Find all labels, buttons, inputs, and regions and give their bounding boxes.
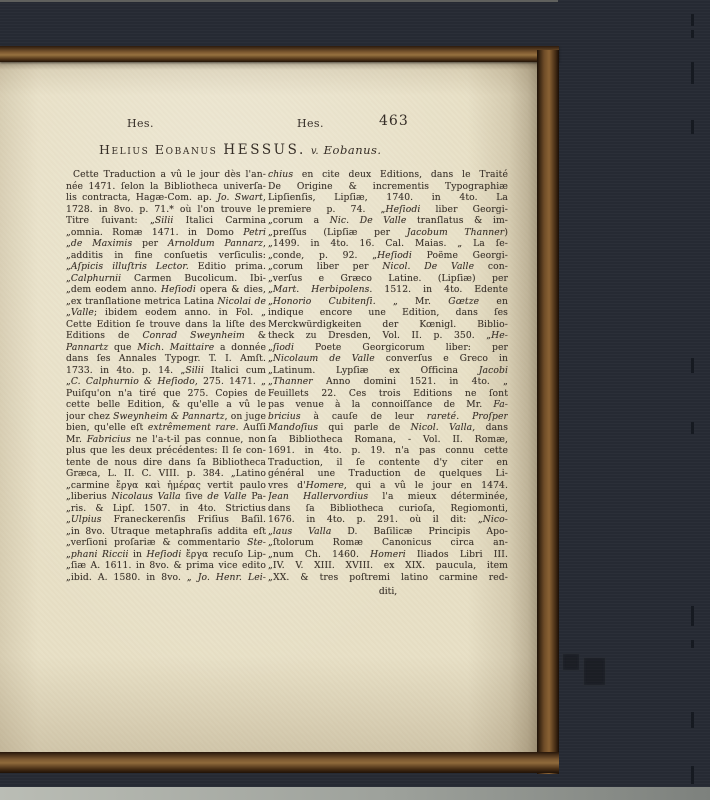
text-line: „preſſus (Lipſiæ per Jacobum Thanner) bbox=[268, 227, 508, 239]
text-line: Pannartz que Mich. Maittaire a donnée bbox=[66, 342, 266, 354]
right-text-column: chius en cite deux Editions, dans le Tra… bbox=[268, 169, 508, 598]
text-line: „corum liber per Nicol. De Valle con- bbox=[268, 261, 508, 273]
text-line: theck zu Dresden, Vol. II. p. 350. „He- bbox=[268, 330, 508, 342]
film-edge-mark bbox=[691, 14, 694, 26]
text-line: „conde, p. 92. „Heſiodi Poëme Georgi- bbox=[268, 250, 508, 262]
title-name-caps: HESSUS. bbox=[223, 142, 306, 158]
text-line: „1499. in 4to. 16. Cal. Maias. „ La ſe- bbox=[268, 238, 508, 250]
text-line: premiere p. 74. „Heſiodi liber Georgi- bbox=[268, 204, 508, 216]
text-line: dans ſa Bibliotheca curioſa, Regiomonti, bbox=[268, 503, 508, 515]
text-line: cette belle Edition, & qu'elle a vû le bbox=[66, 399, 266, 411]
leather-binding-bottom-edge bbox=[0, 752, 559, 773]
text-line: „de Maximis per Arnoldum Pannarz, bbox=[66, 238, 266, 250]
text-line: Feuillets 22. Ces trois Editions ne ſont bbox=[268, 388, 508, 400]
text-line: „dem eodem anno. Heſiodi opera & dies, bbox=[66, 284, 266, 296]
film-edge-mark bbox=[691, 712, 694, 728]
text-line: „corum a Nic. De Valle tranſlatus & im- bbox=[268, 215, 508, 227]
text-line: 1676. in 4to. p. 291. où il dit: „Nico- bbox=[268, 514, 508, 526]
text-line: „ſiæ A. 1611. in 8vo. & prima vice edito bbox=[66, 560, 266, 572]
text-line: „verſus e Græco Latine. (Lipſiæ) per bbox=[268, 273, 508, 285]
text-line: indique encore une Edition, dans ſes bbox=[268, 307, 508, 319]
text-line: bricius à cauſe de leur rareté. Proſper bbox=[268, 411, 508, 423]
title-name-smallcaps: Helius Eobanus bbox=[99, 142, 217, 157]
text-line: „ſiodi Poete Georgicorum liber: per bbox=[268, 342, 508, 354]
text-line: Editions de Conrad Sweynheim & d'Arnold bbox=[66, 330, 266, 342]
text-line: „IV. V. XIII. XVIII. ex XIX. paucula, it… bbox=[268, 560, 508, 572]
text-line: „XX. & tres poſtremi latino carmine red- bbox=[268, 572, 508, 584]
text-line: „in 8vo. Utraque metaphraſis addita eſt bbox=[66, 526, 266, 538]
catchword: diti, bbox=[268, 586, 508, 598]
text-line: jour chez Sweynheim & Pannartz, on juge bbox=[66, 411, 266, 423]
film-edge-mark bbox=[691, 30, 694, 38]
book-page: Hes. Hes. 463 Helius EobanusHESSUS.v. Eo… bbox=[0, 61, 543, 753]
text-line: Titre ſuivant: „Silii Italici Carmina bbox=[66, 215, 266, 227]
text-line: „verſioni proſariæ & commentario Ste- bbox=[66, 537, 266, 549]
film-edge-mark bbox=[691, 358, 694, 373]
text-line: „Nicolaum de Valle converſus e Greco in bbox=[268, 353, 508, 365]
text-line: Cette Traduction a vû le jour dès l'an- bbox=[66, 169, 266, 181]
text-line: Jean Hallervordius l'a mieux déterminée, bbox=[268, 491, 508, 503]
text-line: „carmine ἔργα καὶ ἡμέρας vertit paulo bbox=[66, 480, 266, 492]
text-line: chius en cite deux Editions, dans le Tra… bbox=[268, 169, 508, 181]
text-line: „Mart. Herbipolens. 1512. in 4to. Edente bbox=[268, 284, 508, 296]
text-line: Traduction, il ſe contente d'y citer en bbox=[268, 457, 508, 469]
text-line: „Ulpius Franeckerenſis Friſius Baſil. 15… bbox=[66, 514, 266, 526]
text-line: „Aſpicis illuſtris Lector. Editio prima. bbox=[66, 261, 266, 273]
text-line: Merckwürdigkeiten der Kœnigl. Biblio- bbox=[268, 319, 508, 331]
scanner-bottom-strip bbox=[0, 787, 710, 800]
text-line: „laus Valla D. Baſilicæ Principis Apo- bbox=[268, 526, 508, 538]
text-line: Puiſqu'on n'a tiré que 275. Copies de bbox=[66, 388, 266, 400]
text-line: 1733. in 4to. p. 14. „Silii Italici cum bbox=[66, 365, 266, 377]
ghost-stamp-mark bbox=[583, 657, 606, 686]
text-line: „Honorio Cubitenſi. „ Mr. Gœtze en bbox=[268, 296, 508, 308]
text-line: Mr. Fabricius ne l'a-t-il pas connue, no… bbox=[66, 434, 266, 446]
text-line: lis contracta, Hagæ-Com. ap. Jo. Swart, bbox=[66, 192, 266, 204]
film-edge-mark bbox=[691, 120, 694, 134]
leather-binding-top-edge bbox=[0, 46, 559, 62]
text-line: „ſtolorum Romæ Canonicus circa an- bbox=[268, 537, 508, 549]
text-line: „additis in fine conſuetis verſiculis: bbox=[66, 250, 266, 262]
text-line: „Latinum. Lypſiæ ex Officina Jacobi bbox=[268, 365, 508, 377]
running-title-right: Hes. bbox=[297, 117, 324, 130]
text-line: „omnia. Romæ 1471. in Domo Petri bbox=[66, 227, 266, 239]
text-line: vres d'Homere, qui a vû le jour en 1474. bbox=[268, 480, 508, 492]
text-line: Græca, L. II. C. VIII. p. 384. „Latino bbox=[66, 468, 266, 480]
scanned-book-photograph: Hes. Hes. 463 Helius EobanusHESSUS.v. Eo… bbox=[0, 0, 710, 800]
text-line: 1728. in 8vo. p. 71.* où l'on trouve le bbox=[66, 204, 266, 216]
text-line: „phani Riccii in Heſiodi ἔργα recuſo Lip… bbox=[66, 549, 266, 561]
text-line: „ex tranſlatione metrica Latina Nicolai … bbox=[66, 296, 266, 308]
text-line: „Valle; ibidem eodem anno. in Fol. „ bbox=[66, 307, 266, 319]
text-line: général une Traduction de quelques Li- bbox=[268, 468, 508, 480]
text-line: „ibid. A. 1580. in 8vo. „ Jo. Henr. Lei- bbox=[66, 572, 266, 584]
text-line: pas venue à la connoiſſance de Mr. Fa- bbox=[268, 399, 508, 411]
left-text-column: Cette Traduction a vû le jour dès l'an-n… bbox=[66, 169, 266, 583]
film-edge-mark bbox=[691, 62, 694, 84]
text-line: De Origine & incrementis Typographiæ bbox=[268, 181, 508, 193]
text-line: 1691. in 4to. p. 19. n'a pas connu cette bbox=[268, 445, 508, 457]
text-line: bien, qu'elle eſt extrêmement rare. Auſſ… bbox=[66, 422, 266, 434]
text-line: Cette Edition ſe trouve dans la liſte de… bbox=[66, 319, 266, 331]
film-edge-mark bbox=[691, 422, 694, 434]
page-number: 463 bbox=[379, 113, 409, 129]
text-line: plus que les deux précédentes: Il ſe con… bbox=[66, 445, 266, 457]
text-line: Lipſienſis, Lipſiæ, 1740. in 4to. La bbox=[268, 192, 508, 204]
running-title-left: Hes. bbox=[127, 117, 154, 130]
text-line: ſa Bibliotheca Romana, - Vol. II. Romæ, bbox=[268, 434, 508, 446]
text-line: „C. Calphurnio & Heſiodo, 275. 1471. „ bbox=[66, 376, 266, 388]
article-title: Helius EobanusHESSUS.v. Eobanus. bbox=[99, 139, 382, 158]
ghost-stamp-mark bbox=[562, 653, 580, 671]
text-line: Mandoſius qui parle de Nicol. Valla, dan… bbox=[268, 422, 508, 434]
leather-binding-right-edge bbox=[537, 50, 559, 774]
text-line: „Thanner Anno domini 1521. in 4to. „ bbox=[268, 376, 508, 388]
title-cross-reference: Eobanus. bbox=[324, 143, 382, 157]
text-line: „ris. & Lipſ. 1507. in 4to. Strictius bbox=[66, 503, 266, 515]
text-line: dans ſes Annales Typogr. T. I. Amſt. bbox=[66, 353, 266, 365]
film-edge-mark bbox=[691, 640, 694, 648]
scanner-edge-line bbox=[0, 0, 558, 2]
film-edge-mark bbox=[691, 606, 694, 626]
title-vide-abbrev: v. bbox=[311, 146, 319, 157]
text-line: née 1471. ſelon la Bibliotheca univerſa- bbox=[66, 181, 266, 193]
text-line: „Calphurnii Carmen Bucolicum. Ibi- bbox=[66, 273, 266, 285]
text-line: tente de nous dire dans ſa Bibliotheca bbox=[66, 457, 266, 469]
text-line: „num Ch. 1460. Homeri Iliados Libri III. bbox=[268, 549, 508, 561]
text-line: „liberius Nicolaus Valla ſive de Valle P… bbox=[66, 491, 266, 503]
film-edge-mark bbox=[691, 766, 694, 784]
